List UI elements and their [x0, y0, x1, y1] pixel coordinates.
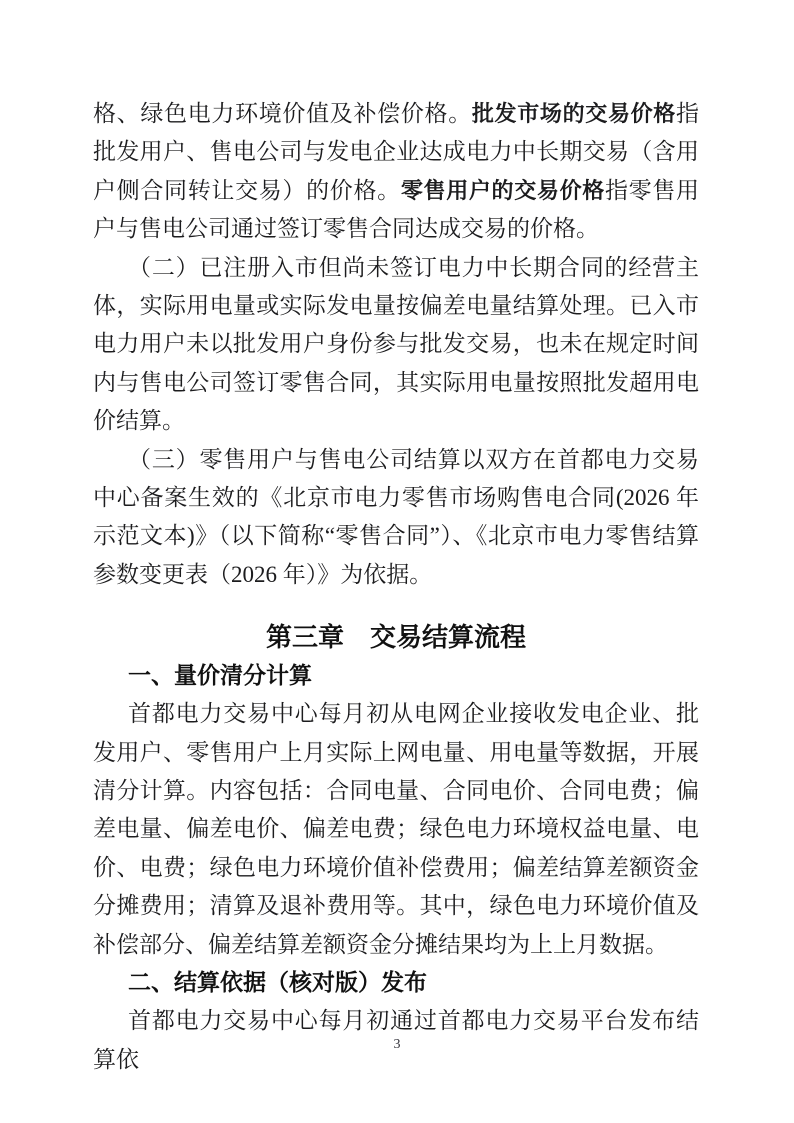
paragraph-item-three: （三）零售用户与售电公司结算以双方在首都电力交易中心备案生效的《北京市电力零售市…: [93, 441, 699, 595]
section-heading-two: 二、结算依据（核对版）发布: [93, 964, 699, 1002]
text-run-bold-wholesale-price: 批发市场的交易价格: [472, 101, 676, 126]
document-body: 格、绿色电力环境价值及补偿价格。批发市场的交易价格指批发用户、售电公司与发电企业…: [93, 95, 699, 1079]
section-heading-one: 一、量价清分计算: [93, 657, 699, 695]
chapter-title: 第三章 交易结算流程: [93, 618, 699, 656]
paragraph-continuation: 格、绿色电力环境价值及补偿价格。批发市场的交易价格指批发用户、售电公司与发电企业…: [93, 95, 699, 249]
section-one-paragraph: 首都电力交易中心每月初从电网企业接收发电企业、批发用户、零售用户上月实际上网电量…: [93, 695, 699, 964]
page-number: 3: [0, 1036, 794, 1054]
paragraph-item-two: （二）已注册入市但尚未签订电力中长期合同的经营主体，实际用电量或实际发电量按偏差…: [93, 249, 699, 441]
text-run-bold-retail-price: 零售用户的交易价格: [401, 178, 605, 203]
document-page: 格、绿色电力环境价值及补偿价格。批发市场的交易价格指批发用户、售电公司与发电企业…: [0, 0, 794, 1123]
text-run: 格、绿色电力环境价值及补偿价格。: [93, 101, 472, 126]
